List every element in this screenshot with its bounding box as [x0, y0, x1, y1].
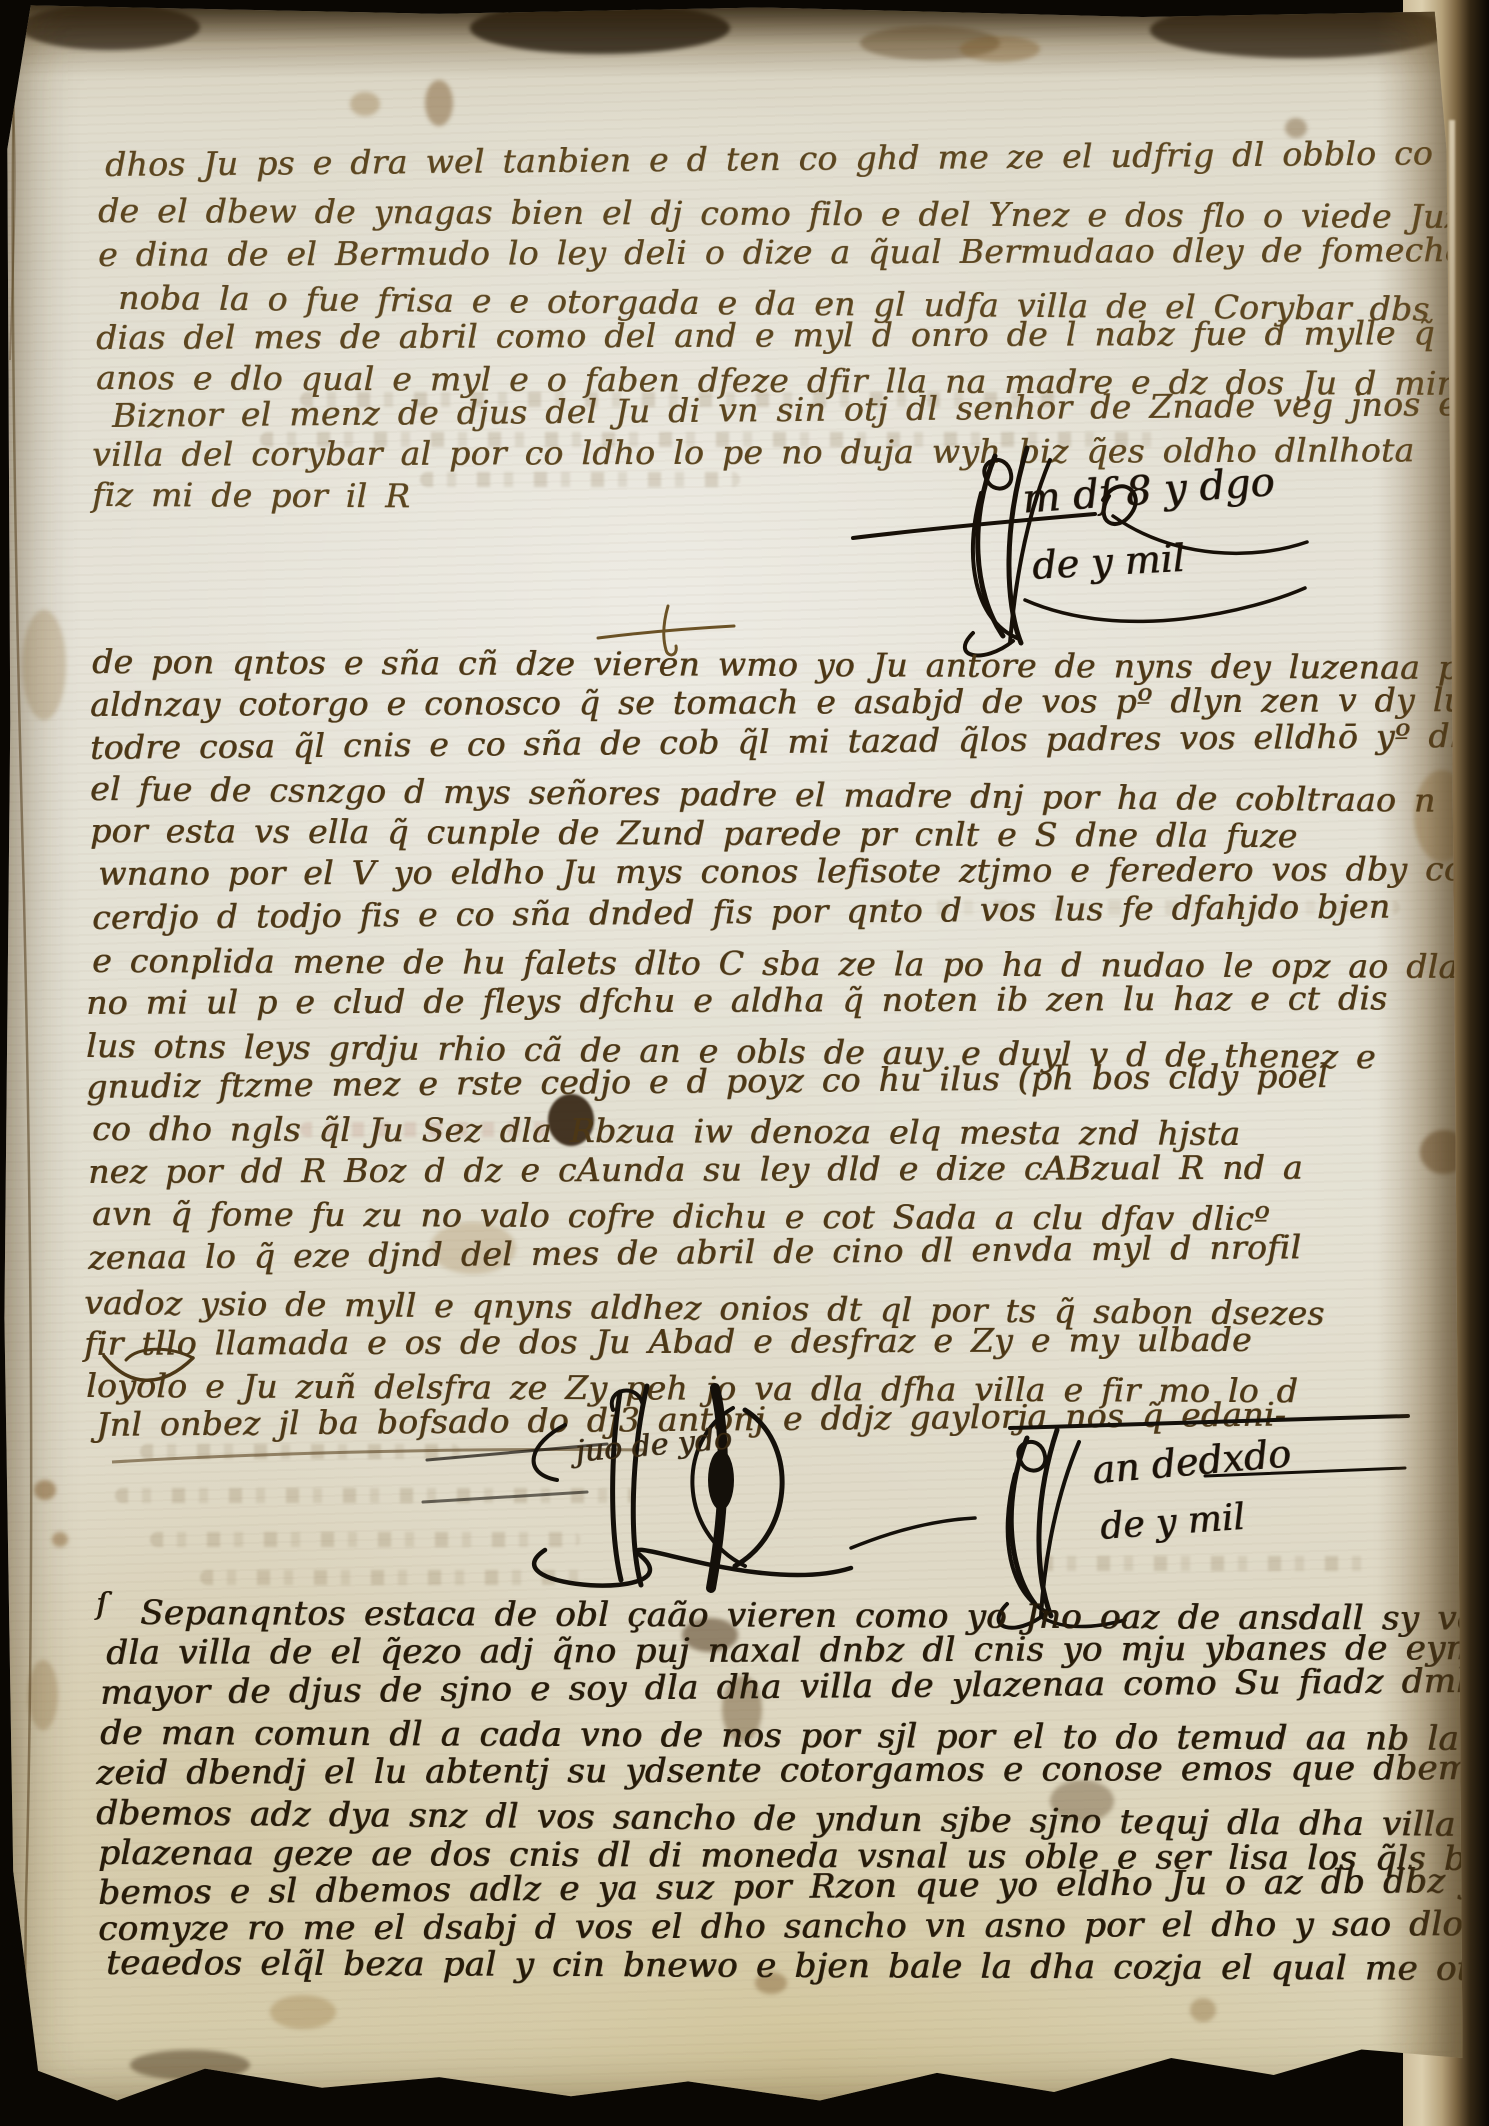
- manuscript-line: por esta vs ella q̃ cunple de Zund pared…: [90, 814, 1298, 852]
- manuscript-line: fiz mi de por il R: [92, 478, 410, 512]
- manuscript-line: aldnzay cotorgo e conosco q̃ se tomach e…: [90, 683, 1464, 721]
- pilcrow-mark: ſ: [96, 1590, 107, 1620]
- left-crease-line: [0, 0, 80, 2126]
- stain: [425, 80, 453, 126]
- manuscript-line: el fue de csnzgo d mys señores padre el …: [90, 772, 1464, 818]
- manuscript-line: teaedos elq̃l beza pal y cin bnewo e bje…: [106, 1946, 1464, 1986]
- manuscript-line: de pon qntos e sña cñ dze vieren wmo yo …: [92, 645, 1464, 685]
- manuscript-line: dhos Ju ps e dra wel tanbien e d ten co …: [105, 135, 1464, 181]
- manuscript-line: zenaa lo q̃ eze djnd del mes de abril de…: [88, 1230, 1301, 1274]
- manuscript-line: no mi ul p e clud de fleys dfchu e aldha…: [86, 981, 1387, 1019]
- manuscript-page: dhos Ju ps e dra wel tanbien e d ten co …: [0, 0, 1464, 2126]
- manuscript-line: de el dbew de ynagas bien el dj como fil…: [98, 194, 1464, 233]
- stain: [860, 26, 1000, 60]
- bleed-through: [420, 472, 740, 487]
- manuscript-line: cerdjo d todjo fis e co sña dnded fis po…: [92, 890, 1390, 934]
- top-edge-stain: [0, 0, 1464, 80]
- manuscript-line: zeid dbendj el lu abtentj su ydsente cot…: [96, 1751, 1464, 1790]
- manuscript-line: gnudiz ftzme mez e rste cedjo e d poyz c…: [86, 1059, 1328, 1103]
- stain: [350, 92, 380, 116]
- manuscript-line: wnano por el V yo eldho Ju mys conos lef…: [98, 852, 1464, 890]
- manuscript-line: co dho ngls q̃l Ju Sez dla Rbzua iw deno…: [92, 1112, 1240, 1150]
- paraph-swash-icon: [98, 1348, 238, 1393]
- manuscript-line: e dina de el Bermudo lo ley deli o dize …: [98, 233, 1464, 271]
- signature-rubric-icon: [415, 1380, 1015, 1595]
- signature-name-text: de y mil: [1031, 536, 1186, 588]
- stain: [130, 2050, 250, 2080]
- photo-background: dhos Ju ps e dra wel tanbien e d ten co …: [0, 0, 1489, 2126]
- manuscript-line: comyze ro me el dsabj d vos el dho sanch…: [98, 1907, 1464, 1946]
- manuscript-line: dias del mes de abril como del and e myl…: [96, 316, 1464, 354]
- stain: [960, 36, 1040, 62]
- manuscript-line: e conplida mene de hu falets dlto C sba …: [92, 944, 1458, 983]
- manuscript-line: nez por dd R Boz d dz e cAunda su ley dl…: [88, 1151, 1303, 1188]
- stain: [270, 1995, 336, 2029]
- stain: [470, 2, 730, 54]
- stain: [1190, 1998, 1216, 2022]
- manuscript-line: fir tllo llamada e os de dos Ju Abad e d…: [84, 1323, 1252, 1360]
- manuscript-line: todre cosa q̃l cnis e co sña de cob q̃l …: [90, 718, 1464, 764]
